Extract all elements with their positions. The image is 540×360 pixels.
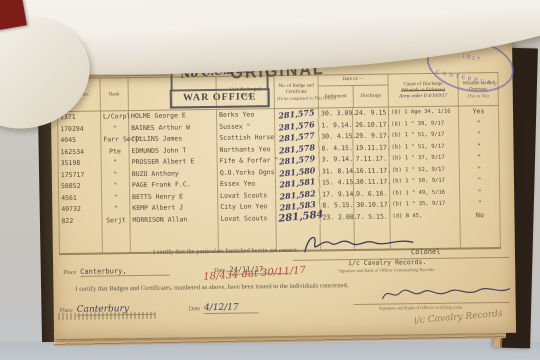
cell-enlisted: 23. 2.08. [320, 212, 354, 224]
cell-no: 4045 [57, 135, 101, 147]
cell-unit: Lovat Scouts [218, 190, 276, 202]
cell-unit: Sussex " [217, 121, 275, 133]
cell-enlisted: 17. 9.14. [320, 189, 354, 201]
cell-cause: (b) 1 " 39, 9/17 [389, 118, 459, 130]
cell-unit: Scottish Horse [217, 132, 275, 144]
cell-overseas: " [459, 117, 499, 129]
book-spine-tab [0, 0, 27, 30]
cell-overseas: No [460, 209, 500, 221]
cell-cause: (b) 1 Age 34, 1/16 [389, 107, 459, 119]
cell-enlisted: 30. 4.15. [319, 131, 353, 143]
cell-no: 40732 [58, 204, 102, 216]
cell-enlisted: 8. 5.15. [320, 200, 354, 212]
cell-discharged: 7. 5.15. [354, 211, 390, 223]
header-overseas: Whether servedOverseas (Yes or No) [458, 73, 498, 106]
signature-caption-1: Signature and Rank of Officer Commanding… [338, 267, 435, 273]
cell-cause: (b) 1 " 50, 9/17 [390, 176, 460, 188]
cell-overseas: " [459, 129, 499, 141]
header-date-of: Date of — Enlistment Discharge [318, 75, 388, 108]
cell-cause: (d) B 45, [390, 210, 460, 222]
cell-overseas: " [459, 140, 499, 152]
cell-cause: (b) 1 " 51, 9/17 [389, 130, 459, 142]
cell-unit: Essex Yeo [218, 178, 276, 190]
cell-overseas: " [460, 198, 500, 210]
cell-unit: Berks Yeo [217, 109, 275, 121]
cell-rank: " [102, 192, 130, 204]
cell-overseas: " [460, 175, 500, 187]
place-value-1: Canterbury, [80, 267, 170, 277]
date-value-2: 4/12/17 [204, 302, 259, 314]
cell-discharged: 16.11.17. [354, 165, 390, 177]
cell-discharged: 26.10.17. [353, 119, 389, 131]
cell-rank: L/Corpl [101, 111, 129, 123]
cell-enlisted: 3. 9.14. [320, 154, 354, 166]
cell-cause: (b) 1 " 37, 9/17 [390, 153, 460, 165]
certify-statement-2: I certify that Badges and Certificates, … [75, 282, 348, 293]
cell-no: 175717 [58, 169, 102, 181]
cell-rank: Pte [101, 146, 129, 158]
cell-unit: Northants Yeo [217, 144, 275, 156]
signature-caption-2: Signature and Rank of Officer certifying… [379, 304, 463, 310]
cell-cause: (b) 1 " 35, 9/17 [390, 199, 460, 211]
cell-enlisted: 30. 3.09. [319, 108, 353, 120]
cell-rank: " [102, 203, 130, 215]
cell-enlisted: 1. 9.14. [319, 120, 353, 132]
cell-cause: (b) 1 " 51, 9/17 [389, 141, 459, 153]
cell-discharged: 24. 9.15. [353, 108, 389, 120]
cell-no: 822 [58, 215, 102, 227]
signature-colonel-1 [301, 230, 421, 258]
cell-discharged: 7.11.17. [354, 154, 390, 166]
printers-code [58, 312, 158, 320]
cell-unit: Lovat Scouts [218, 213, 276, 225]
cell-unit: City Lon Yeo [218, 201, 276, 213]
ledger-page: A. G. 10. 26 NOV 1917 No C.C.241 WAR OFF… [50, 31, 516, 339]
cell-enlisted: 8. 4.15. [319, 143, 353, 155]
cell-overseas: Yes [459, 106, 499, 118]
cell-rank: " [101, 123, 129, 135]
war-badge-roll-table: Regtl. No. Rank Unit dischargedfrom No. … [56, 72, 500, 255]
cell-cause: (b) 1 " 49, 5/16 [390, 187, 460, 199]
unit-2: i/c Cavalry Records [414, 309, 503, 326]
cell-unit: Fife & Forfar " [218, 155, 276, 167]
cell-rank: " [102, 180, 130, 192]
unit-1: i/c Cavalry Records. [348, 258, 426, 267]
cell-no: 50852 [58, 181, 102, 193]
header-name-obscured [128, 77, 216, 110]
cell-discharged: 9. 6.16. [354, 188, 390, 200]
cell-discharged: 30.10.17. [354, 200, 390, 212]
header-discharge: Discharge [354, 86, 388, 107]
cell-cause: (b) 1 " 52, 9/17 [390, 164, 460, 176]
cell-no: 4561 [58, 192, 102, 204]
cell-overseas: " [460, 163, 500, 175]
cell-overseas: " [460, 186, 500, 198]
header-cause: Cause of Discharge (Wounds or Sickness) … [388, 74, 458, 107]
cell-discharged: 19.11.17. [353, 142, 389, 154]
certify-statement-1: I certify that the particulars furnished… [153, 247, 299, 256]
rank-1: Colonel [411, 248, 441, 256]
cell-no: 35198 [58, 158, 102, 170]
cell-rank: Farr Serjt [101, 134, 129, 146]
header-badge-no: No. of Badge andCertificate (To be compl… [274, 75, 318, 108]
cell-no: 162534 [57, 146, 101, 158]
header-rank: Rank [100, 78, 128, 110]
cell-discharged: 30.11.17. [354, 177, 390, 189]
table-body: 1371L/CorplHOLME George EBerks Yeo281,57… [57, 106, 501, 227]
cell-rank: " [102, 169, 130, 181]
header-unit: Unit dischargedfrom [216, 76, 274, 109]
cell-rank: " [102, 157, 130, 169]
cell-enlisted: 31. 8.14. [320, 166, 354, 178]
cell-enlisted: 15. 4.15. [320, 177, 354, 189]
cell-unit: Q.O.Yorks Dgns [218, 167, 276, 179]
cell-no: 170294 [57, 123, 101, 135]
cell-rank: Serjt [102, 215, 130, 227]
photo-scene: A. G. 10. 26 NOV 1917 No C.C.241 WAR OFF… [0, 0, 540, 360]
cell-discharged: 29. 9.17. [353, 131, 389, 143]
cell-overseas: " [460, 152, 500, 164]
